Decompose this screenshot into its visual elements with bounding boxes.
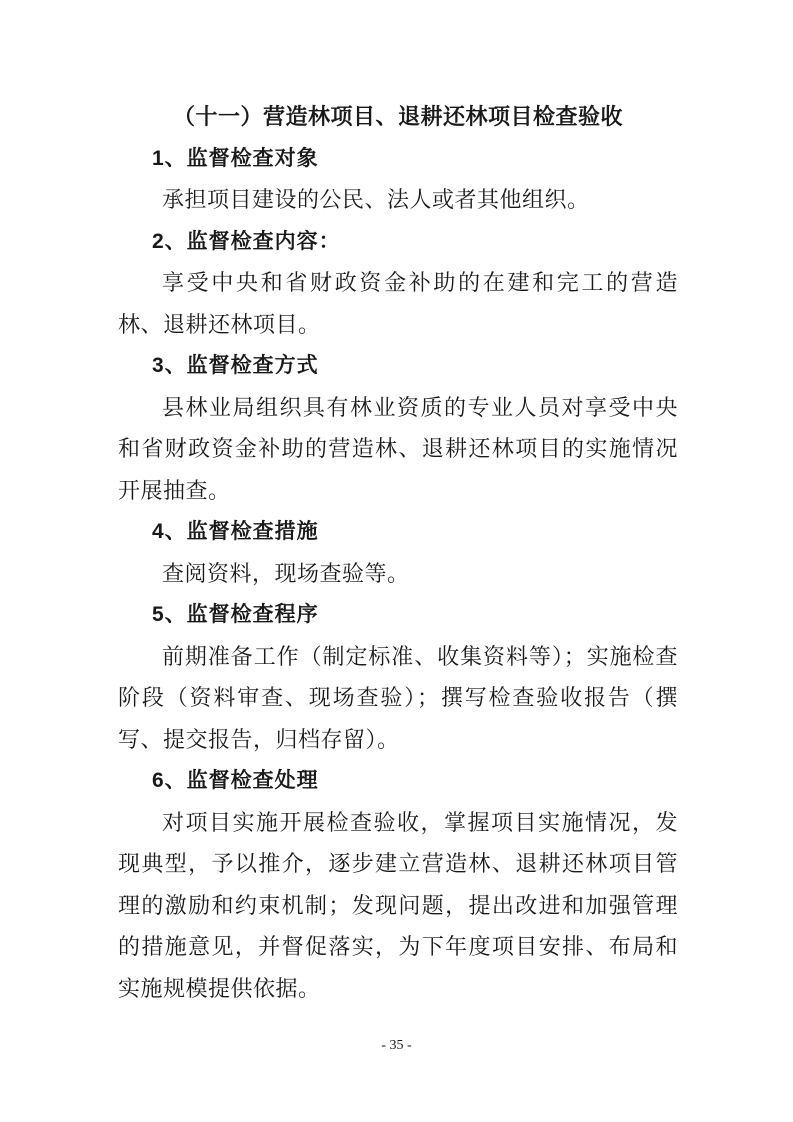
section-6-paragraph: 对项目实施开展检查验收，掌握项目实施情况，发现典型，予以推介，逐步建立营造林、退… (118, 802, 678, 1010)
section-2: 2、监督检查内容： 享受中央和省财政资金补助的在建和完工的营造林、退耕还林项目。 (118, 221, 678, 346)
document-page: （十一）营造林项目、退耕还林项目检查验收 1、监督检查对象 承担项目建设的公民、… (0, 0, 793, 1122)
document-content: （十一）营造林项目、退耕还林项目检查验收 1、监督检查对象 承担项目建设的公民、… (118, 96, 678, 1009)
section-4-paragraph: 查阅资料，现场查验等。 (118, 553, 678, 595)
section-6-heading: 6、监督检查处理 (118, 760, 678, 802)
section-1-paragraph: 承担项目建设的公民、法人或者其他组织。 (118, 179, 678, 221)
section-1-heading: 1、监督检查对象 (118, 138, 678, 180)
section-2-heading: 2、监督检查内容： (118, 221, 678, 263)
section-4-heading: 4、监督检查措施 (118, 511, 678, 553)
document-title: （十一）营造林项目、退耕还林项目检查验收 (118, 96, 678, 138)
section-1: 1、监督检查对象 承担项目建设的公民、法人或者其他组织。 (118, 138, 678, 221)
section-5: 5、监督检查程序 前期准备工作（制定标准、收集资料等）；实施检查阶段（资料审查、… (118, 594, 678, 760)
section-3-paragraph: 县林业局组织具有林业资质的专业人员对享受中央和省财政资金补助的营造林、退耕还林项… (118, 387, 678, 512)
section-2-paragraph: 享受中央和省财政资金补助的在建和完工的营造林、退耕还林项目。 (118, 262, 678, 345)
section-3: 3、监督检查方式 县林业局组织具有林业资质的专业人员对享受中央和省财政资金补助的… (118, 345, 678, 511)
section-5-paragraph: 前期准备工作（制定标准、收集资料等）；实施检查阶段（资料审查、现场查验）；撰写检… (118, 636, 678, 761)
section-6: 6、监督检查处理 对项目实施开展检查验收，掌握项目实施情况，发现典型，予以推介，… (118, 760, 678, 1009)
section-3-heading: 3、监督检查方式 (118, 345, 678, 387)
page-number: - 35 - (0, 1038, 793, 1054)
section-5-heading: 5、监督检查程序 (118, 594, 678, 636)
section-4: 4、监督检查措施 查阅资料，现场查验等。 (118, 511, 678, 594)
